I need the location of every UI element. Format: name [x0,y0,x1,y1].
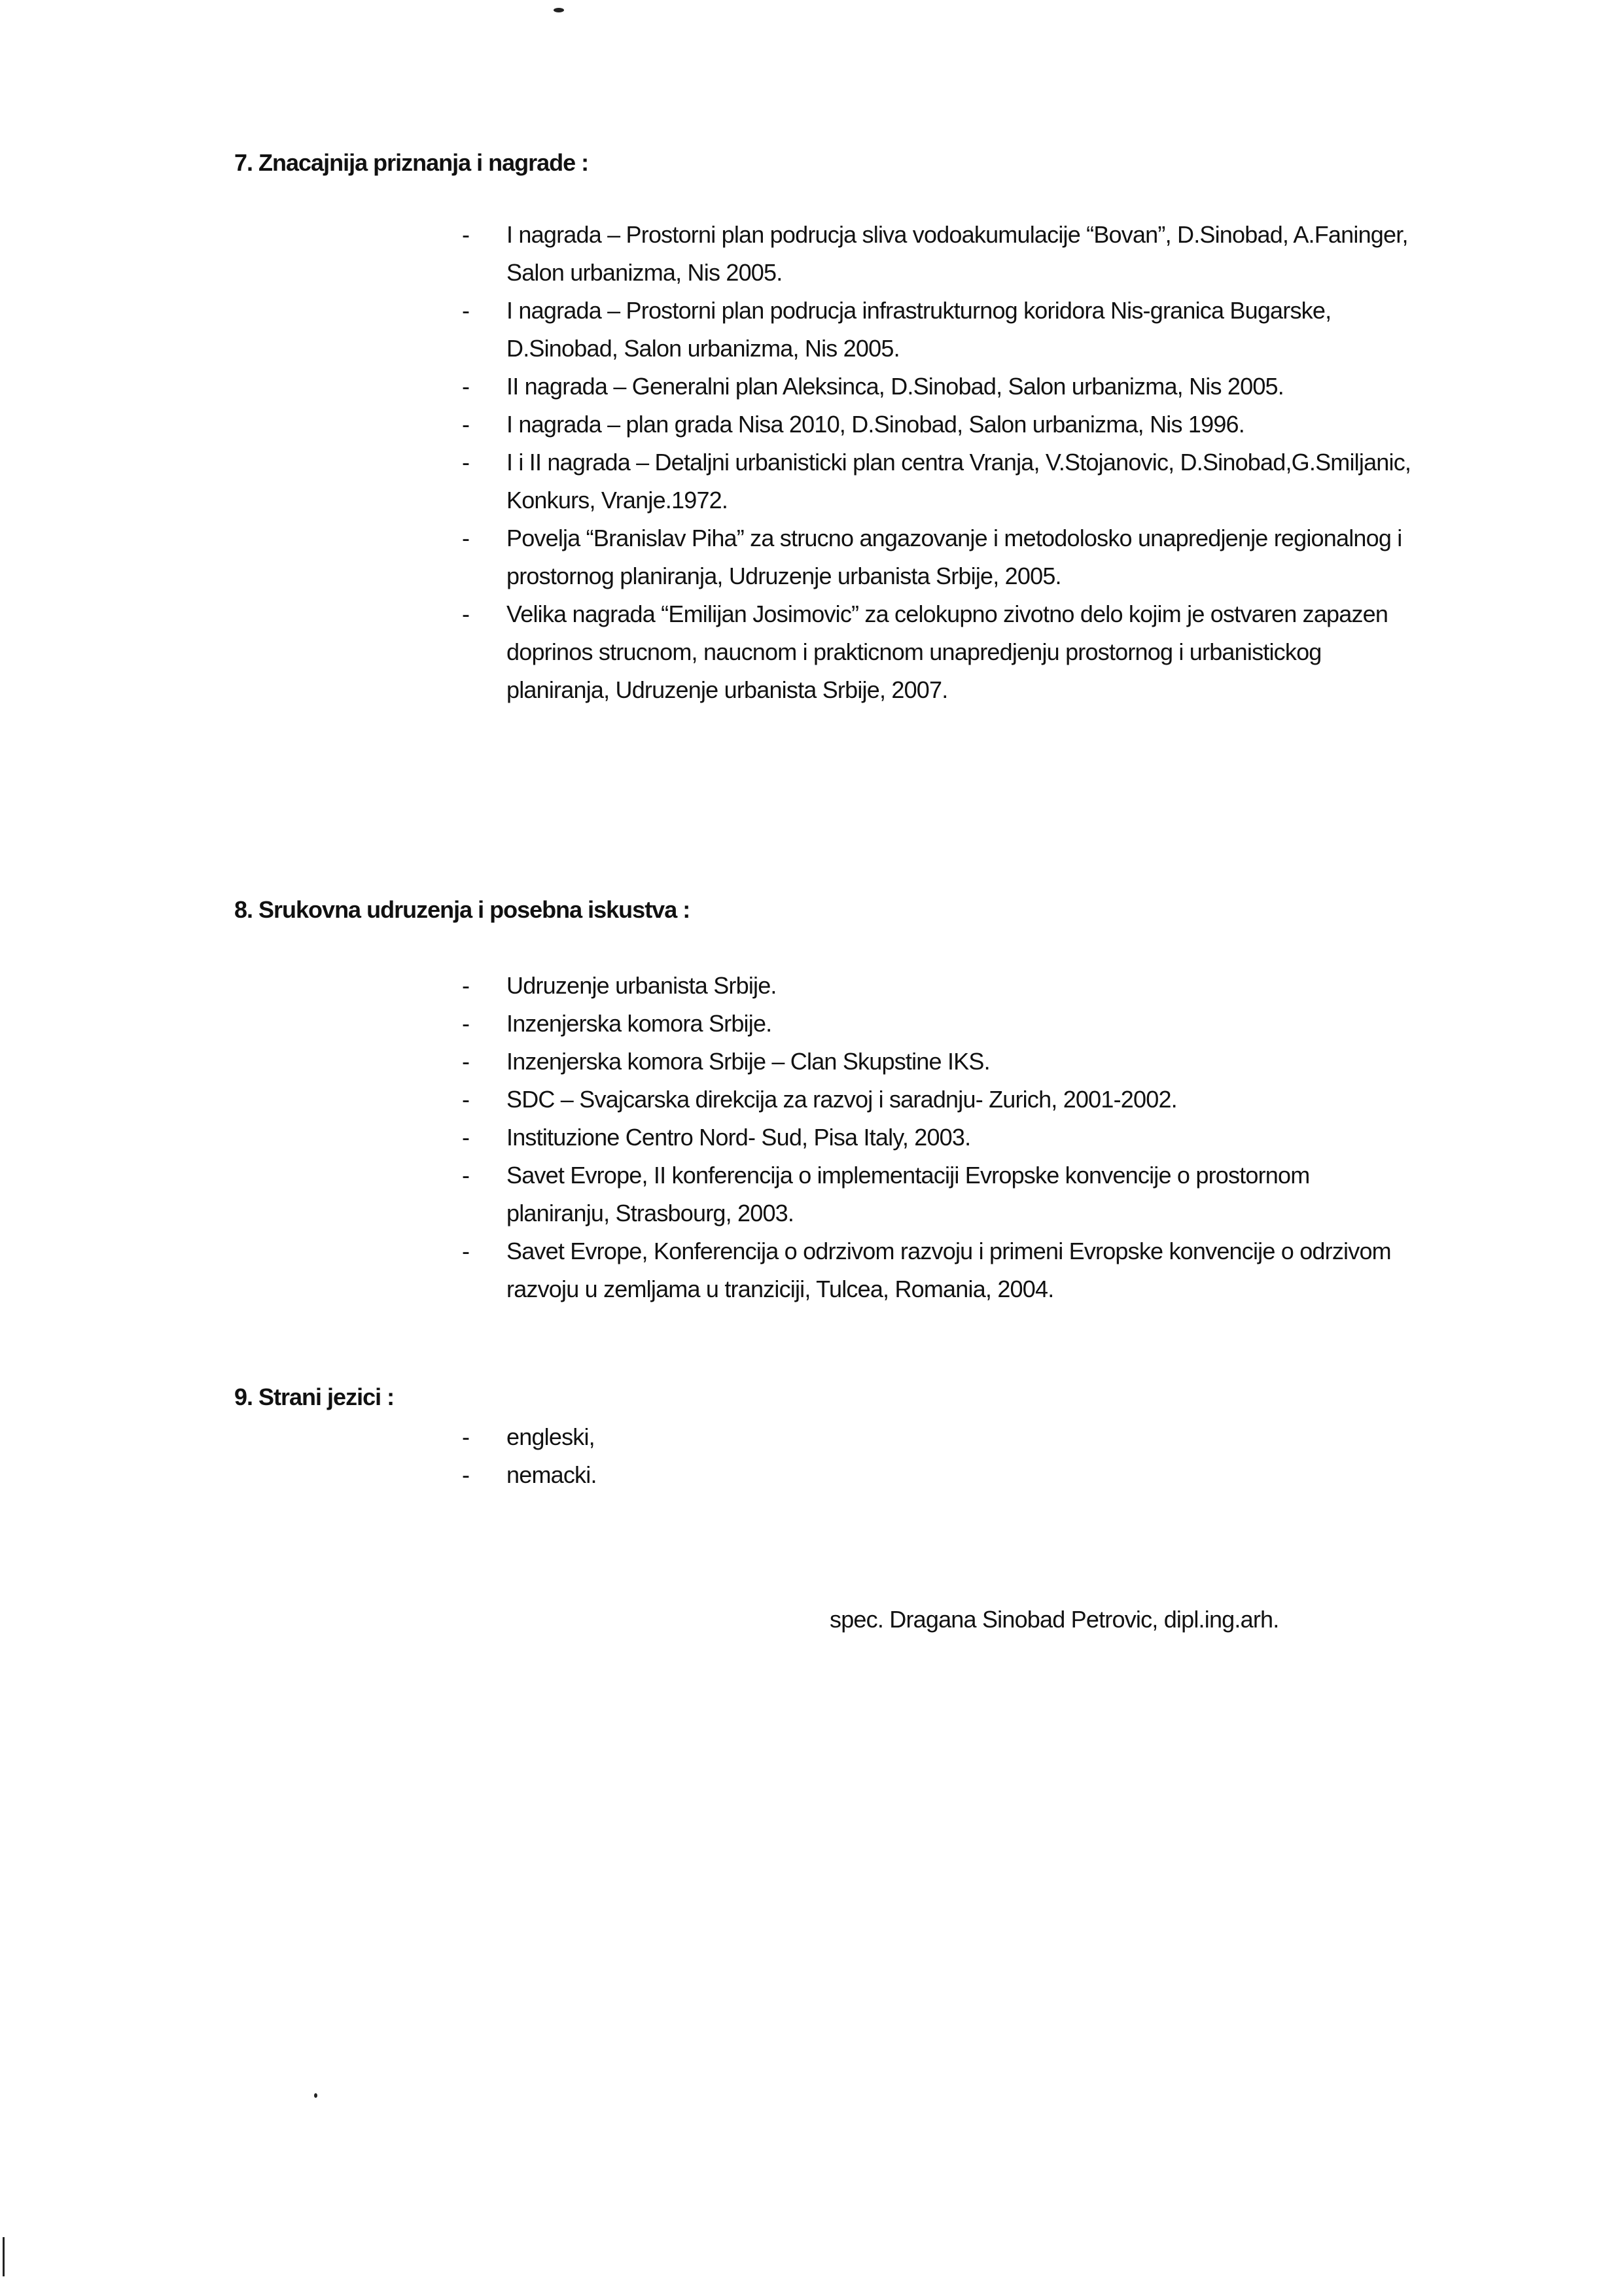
list-item: -I nagrada – Prostorni plan podrucja sli… [462,216,1417,292]
bullet-dash: - [462,368,469,406]
bullet-dash: - [462,1157,469,1194]
bullet-dash: - [462,292,469,330]
list-item: -I nagrada – plan grada Nisa 2010, D.Sin… [462,406,1417,444]
associations-list: -Udruzenje urbanista Srbije. -Inzenjersk… [462,967,1417,1308]
section-heading-associations: 8. Srukovna udruzenja i posebna iskustva… [234,896,690,924]
scan-speck [554,8,564,12]
bullet-dash: - [462,444,469,481]
bullet-dash: - [462,967,469,1005]
bullet-dash: - [462,216,469,254]
list-item: -II nagrada – Generalni plan Aleksinca, … [462,368,1417,406]
bullet-dash: - [462,1005,469,1043]
list-item: -Savet Evrope, II konferencija o impleme… [462,1157,1417,1232]
document-page: 7. Znacajnija priznanja i nagrade : -I n… [0,0,1607,2296]
list-item: -Velika nagrada “Emilijan Josimovic” za … [462,595,1417,709]
section-heading-languages: 9. Strani jezici : [234,1383,394,1411]
list-item: -I nagrada – Prostorni plan podrucja inf… [462,292,1417,368]
bullet-dash: - [462,1043,469,1081]
bullet-dash: - [462,1232,469,1270]
bullet-dash: - [462,1456,469,1494]
signature: spec. Dragana Sinobad Petrovic, dipl.ing… [830,1606,1279,1633]
list-item: -Inzenjerska komora Srbije – Clan Skupst… [462,1043,1417,1081]
bullet-dash: - [462,1081,469,1119]
bullet-dash: - [462,595,469,633]
scan-speck [314,2093,317,2098]
section-heading-awards: 7. Znacajnija priznanja i nagrade : [234,149,588,177]
list-item: -engleski, [462,1418,1417,1456]
languages-list: -engleski, -nemacki. [462,1418,1417,1494]
list-item: -Inzenjerska komora Srbije. [462,1005,1417,1043]
list-item: -Savet Evrope, Konferencija o odrzivom r… [462,1232,1417,1308]
bullet-dash: - [462,1119,469,1157]
bullet-dash: - [462,1418,469,1456]
list-item: -Povelja “Branislav Piha” za strucno ang… [462,519,1417,595]
list-item: -Instituzione Centro Nord- Sud, Pisa Ita… [462,1119,1417,1157]
list-item: -Udruzenje urbanista Srbije. [462,967,1417,1005]
list-item: -SDC – Svajcarska direkcija za razvoj i … [462,1081,1417,1119]
scan-speck [3,2237,5,2276]
list-item: -nemacki. [462,1456,1417,1494]
list-item: -I i II nagrada – Detaljni urbanisticki … [462,444,1417,519]
bullet-dash: - [462,406,469,444]
bullet-dash: - [462,519,469,557]
awards-list: -I nagrada – Prostorni plan podrucja sli… [462,216,1417,709]
